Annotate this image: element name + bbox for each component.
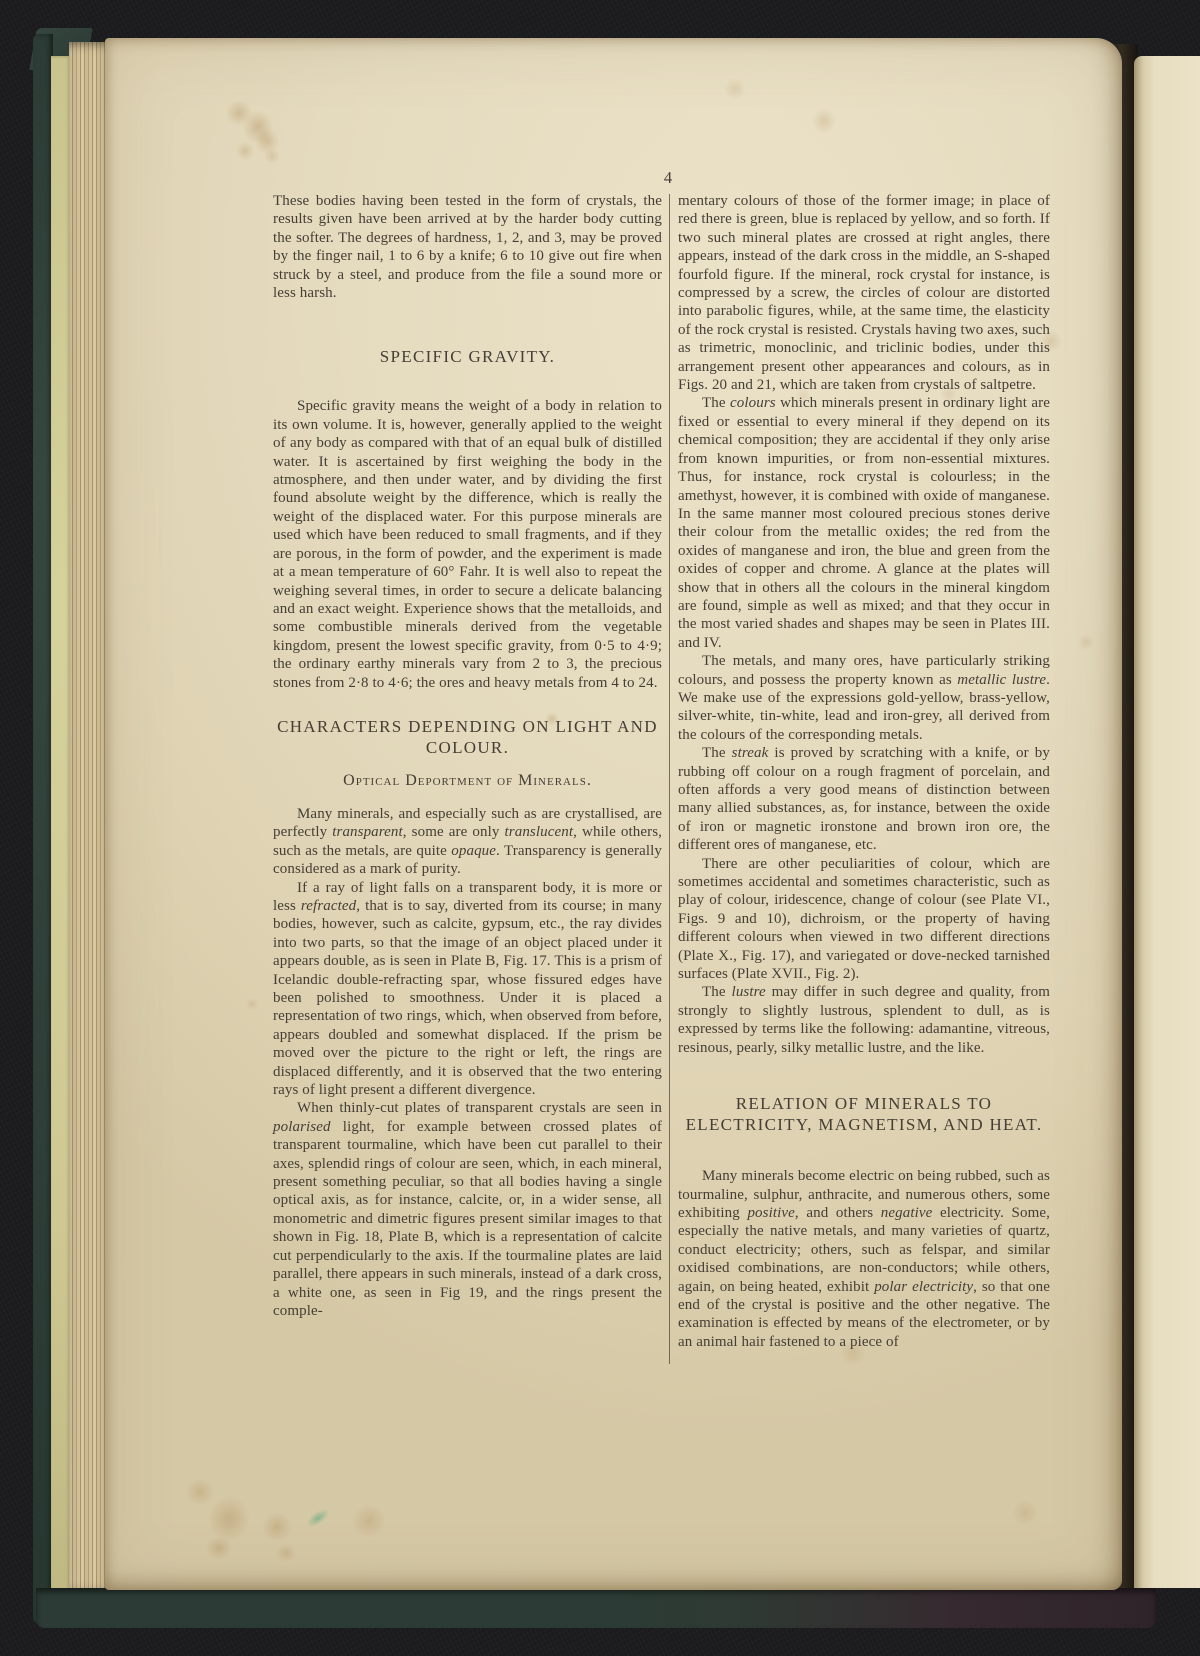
paragraph-complementary-colours: mentary colours of those of the former i…: [678, 192, 1050, 394]
foxing-stain: [276, 1544, 296, 1562]
section-heading-characters: CHARACTERS DEPENDING ON LIGHT AND COLOUR…: [273, 716, 662, 758]
foxing-stain: [208, 1496, 250, 1542]
foxing-stain: [812, 108, 836, 134]
paragraph-transparency: Many minerals, and especially such as ar…: [273, 805, 662, 879]
paragraph-specific-gravity: Specific gravity means the weight of a b…: [273, 397, 662, 692]
foxing-stain: [1012, 1500, 1038, 1526]
column-divider-rule: [669, 194, 670, 1364]
paragraph-colours: The colours which minerals present in or…: [678, 394, 1050, 652]
book-page: 4 These bodies having been tested in the…: [105, 38, 1122, 1590]
section-heading-specific-gravity: SPECIFIC GRAVITY.: [273, 346, 662, 367]
paragraph-refraction: If a ray of light falls on a transparent…: [273, 879, 662, 1100]
paragraph-polarised-light: When thinly-cut plates of transparent cr…: [273, 1099, 662, 1320]
foxing-stain: [724, 78, 746, 100]
photograph-background: 4 These bodies having been tested in the…: [0, 0, 1200, 1656]
text-column-right: mentary colours of those of the former i…: [678, 192, 1050, 1351]
foxing-stain: [1078, 634, 1094, 650]
foxing-stain: [206, 1536, 232, 1560]
foxing-stain: [262, 1512, 292, 1542]
paragraph-hardness: These bodies having been tested in the f…: [273, 192, 662, 302]
page-number: 4: [273, 168, 1050, 188]
foxing-stain: [352, 1504, 386, 1538]
facing-page-edge: [1134, 56, 1200, 1588]
text-block: 4 These bodies having been tested in the…: [273, 168, 1050, 188]
paragraph-colour-peculiarities: There are other peculiarities of colour,…: [678, 855, 1050, 984]
paragraph-lustre-degrees: The lustre may differ in such degree and…: [678, 983, 1050, 1057]
foxing-stain: [186, 1478, 214, 1506]
foxing-stain: [264, 148, 280, 164]
foxing-stain: [236, 142, 254, 160]
page-stack-edges: [69, 42, 106, 1598]
endpaper-edge: [51, 56, 71, 1602]
paragraph-electricity: Many minerals become electric on being r…: [678, 1167, 1050, 1351]
text-column-left: These bodies having been tested in the f…: [273, 192, 662, 1320]
foxing-stain: [246, 998, 258, 1010]
paragraph-metallic-lustre: The metals, and many ores, have particul…: [678, 652, 1050, 744]
section-heading-relation-electricity: RELATION OF MINERALS TO ELECTRICITY, MAG…: [678, 1093, 1050, 1135]
book-cover-edge-bottom: [36, 1588, 1156, 1628]
book-cover-edge-left: [33, 34, 53, 1624]
fiber-fleck: [304, 1506, 332, 1531]
paragraph-streak: The streak is proved by scratching with …: [678, 744, 1050, 854]
subsection-heading-optical: Optical Deportment of Minerals.: [273, 772, 662, 790]
